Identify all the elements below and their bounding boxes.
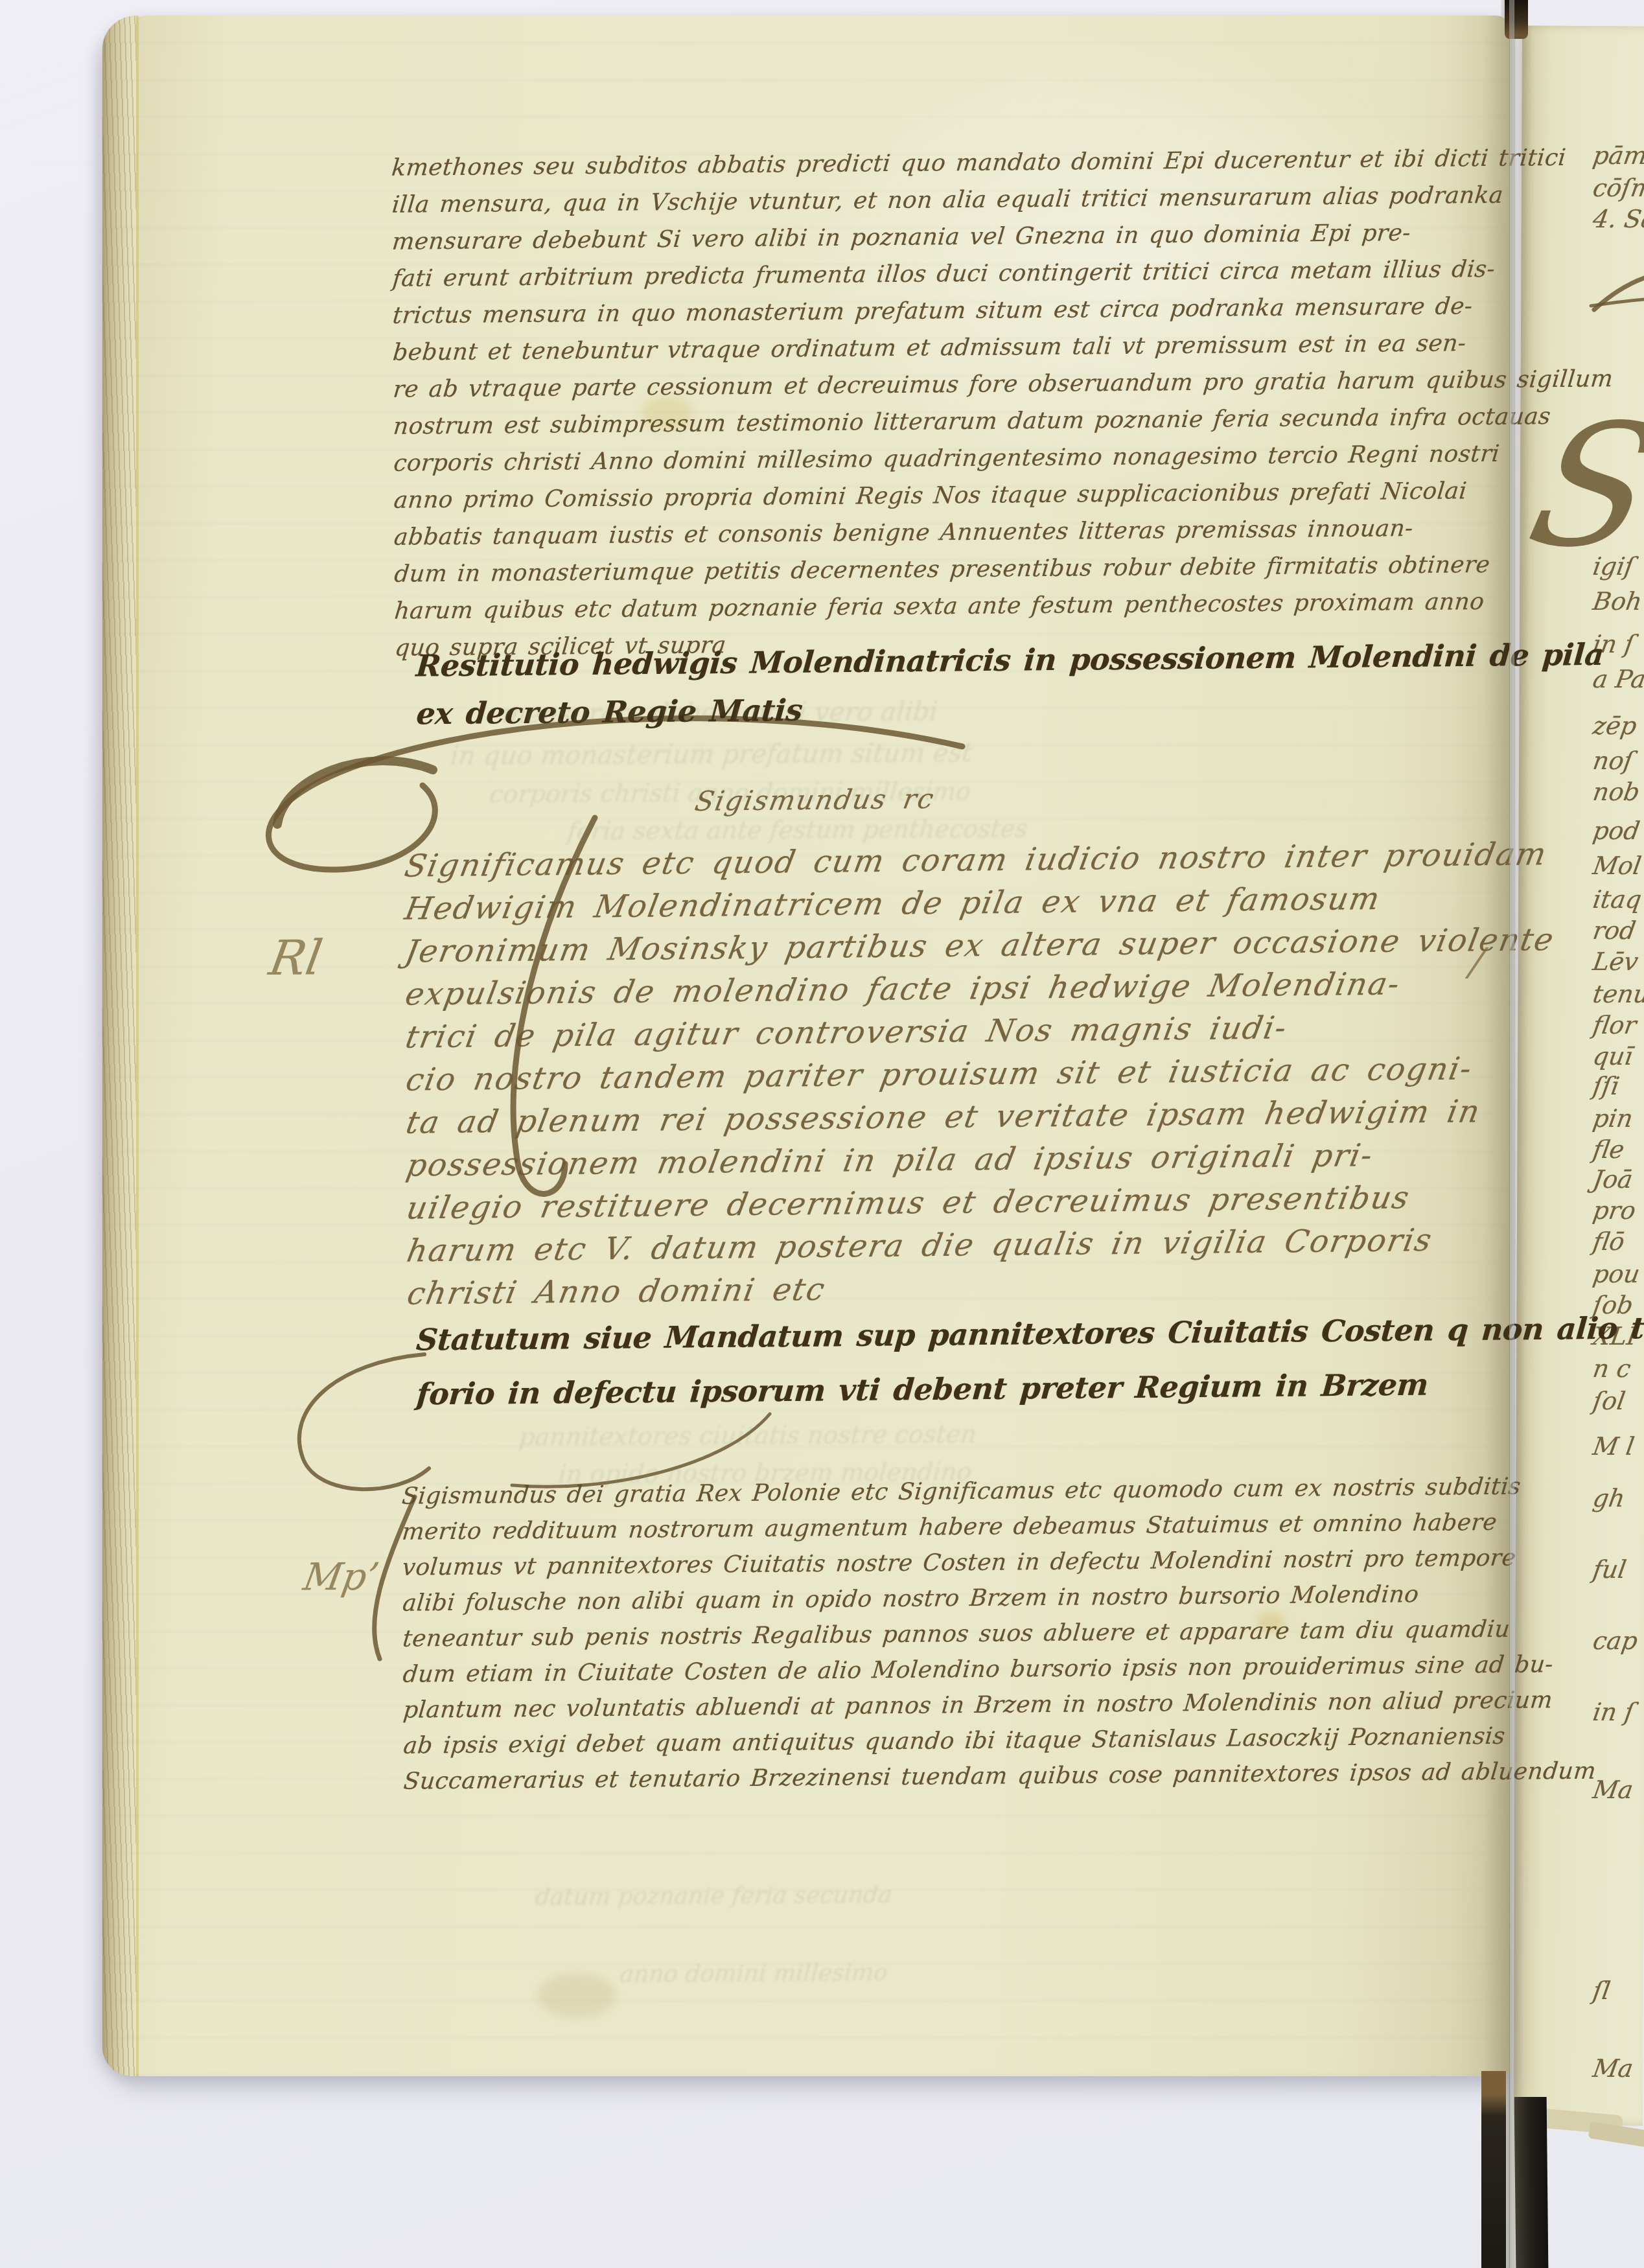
show-through-ghost-line: corporis christi anno domini millesimo xyxy=(488,777,972,809)
clamp-rod-bottom-right xyxy=(1514,2097,1549,2268)
entry1-body-line: trictus mensura in quo monasterium prefa… xyxy=(391,293,1474,329)
entry2-body-line: possessionem molendini in pila ad ipsius… xyxy=(404,1137,1376,1184)
glass-plate-edge xyxy=(1509,0,1514,2268)
entry2-body-line: expulsionis de molendino facte ipsi hedw… xyxy=(402,966,1404,1013)
entry3-body-line: ab ipsis exigi debet quam antiquitus qua… xyxy=(402,1723,1507,1759)
entry3-body-line: teneantur sub penis nostris Regalibus pa… xyxy=(402,1616,1512,1652)
entry1-body-line: dum in monasteriumque petitis decernente… xyxy=(393,551,1492,588)
entry1-body-line: corporis christi Anno domini millesimo q… xyxy=(393,441,1501,477)
show-through-ghost-line: in quo monasterium prefatum situm est xyxy=(449,738,974,771)
entry2-body-line: Hedwigim Molendinatricem de pila ex vna … xyxy=(402,881,1384,927)
entry1-body-line: abbatis tanquam iustis et consonis benig… xyxy=(393,515,1414,551)
entry2-body-line: harum etc V. datum postera die qualis in… xyxy=(404,1222,1436,1269)
entry1-body-line: kmethones seu subditos abbatis predicti … xyxy=(391,145,1568,181)
margin-mark: Rl xyxy=(265,930,326,986)
entry1-body-line: re ab vtraque parte cessionum et decreui… xyxy=(392,365,1614,402)
entry1-body-line: mensurare debebunt Si vero alibi in pozn… xyxy=(391,220,1411,255)
entry2-body-line: trici de pila agitur controversia Nos ma… xyxy=(403,1010,1291,1055)
entry3-body-line: alibi folusche non alibi quam in opido n… xyxy=(401,1581,1420,1617)
entry2-body-line: cio nostro tandem pariter prouisum sit e… xyxy=(403,1050,1476,1098)
entry1-body-line: fati erunt arbitrium predicta frumenta i… xyxy=(391,256,1496,292)
entry3-body-line: Succamerarius et tenutario Brzezinensi t… xyxy=(402,1758,1597,1795)
show-through-ghost-line: mensurare debebunt si vero alibi xyxy=(500,697,939,730)
entry1-body-line: nostrum est subimpressum testimonio litt… xyxy=(392,403,1552,440)
manuscript-photo: pāmcōſm4. SaSigiſBohin ſa Pazēpnoſnobpod… xyxy=(0,0,1644,2268)
entry2-body-line: Jeronimum Mosinsky partibus ex altera su… xyxy=(402,921,1558,970)
entry1-body-line: illa mensura, qua in Vschije vtuntur, et… xyxy=(391,182,1505,218)
show-through-ghost-line: pannitextores ciuitatis nostre costen xyxy=(518,1420,978,1451)
entry3-body-line: plantum nec voluntatis abluendi at panno… xyxy=(402,1687,1554,1724)
entry1-body-line: bebunt et tenebuntur vtraque ordinatum e… xyxy=(391,330,1467,365)
entry2-body-line: christi Anno domini etc xyxy=(404,1271,829,1312)
heading2-line: Statutum siue Mandatum sup pannitextores… xyxy=(415,1310,1644,1358)
show-through-ghost-line: datum poznanie feria secunda xyxy=(534,1882,894,1910)
entry2-body-line: uilegio restituere decernimus et decreui… xyxy=(404,1179,1413,1226)
show-through-ghost-line: in opido nostro brzem molendino xyxy=(557,1457,973,1488)
margin-mark: Mp’ xyxy=(300,1555,382,1599)
entry1-body-line: harum quibus etc datum poznanie feria se… xyxy=(393,588,1485,625)
entry1-body-line: anno primo Comissio propria domini Regis… xyxy=(393,478,1468,513)
entry3-body-line: dum etiam in Ciuitate Costen de alio Mol… xyxy=(402,1651,1555,1688)
clamp-rod-top xyxy=(1505,0,1528,39)
clamp-rod-bottom-left xyxy=(1481,2071,1506,2268)
entry3-body-line: merito reddituum nostrorum augmentum hab… xyxy=(401,1509,1498,1545)
show-through-ghost-line: feria sexta ante festum penthecostes xyxy=(566,815,1030,846)
entry3-body-line: volumus vt pannitextores Ciuitatis nostr… xyxy=(401,1545,1517,1581)
entry2-body-line: ta ad plenum rei possessione et veritate… xyxy=(403,1093,1483,1140)
main-page-text-layer: kmethones seu subditos abbatis predicti … xyxy=(0,0,1644,2268)
show-through-ghost-line: anno domini millesimo xyxy=(619,1960,889,1988)
heading2-line: forio in defectu ipsorum vti debent pret… xyxy=(415,1367,1430,1412)
